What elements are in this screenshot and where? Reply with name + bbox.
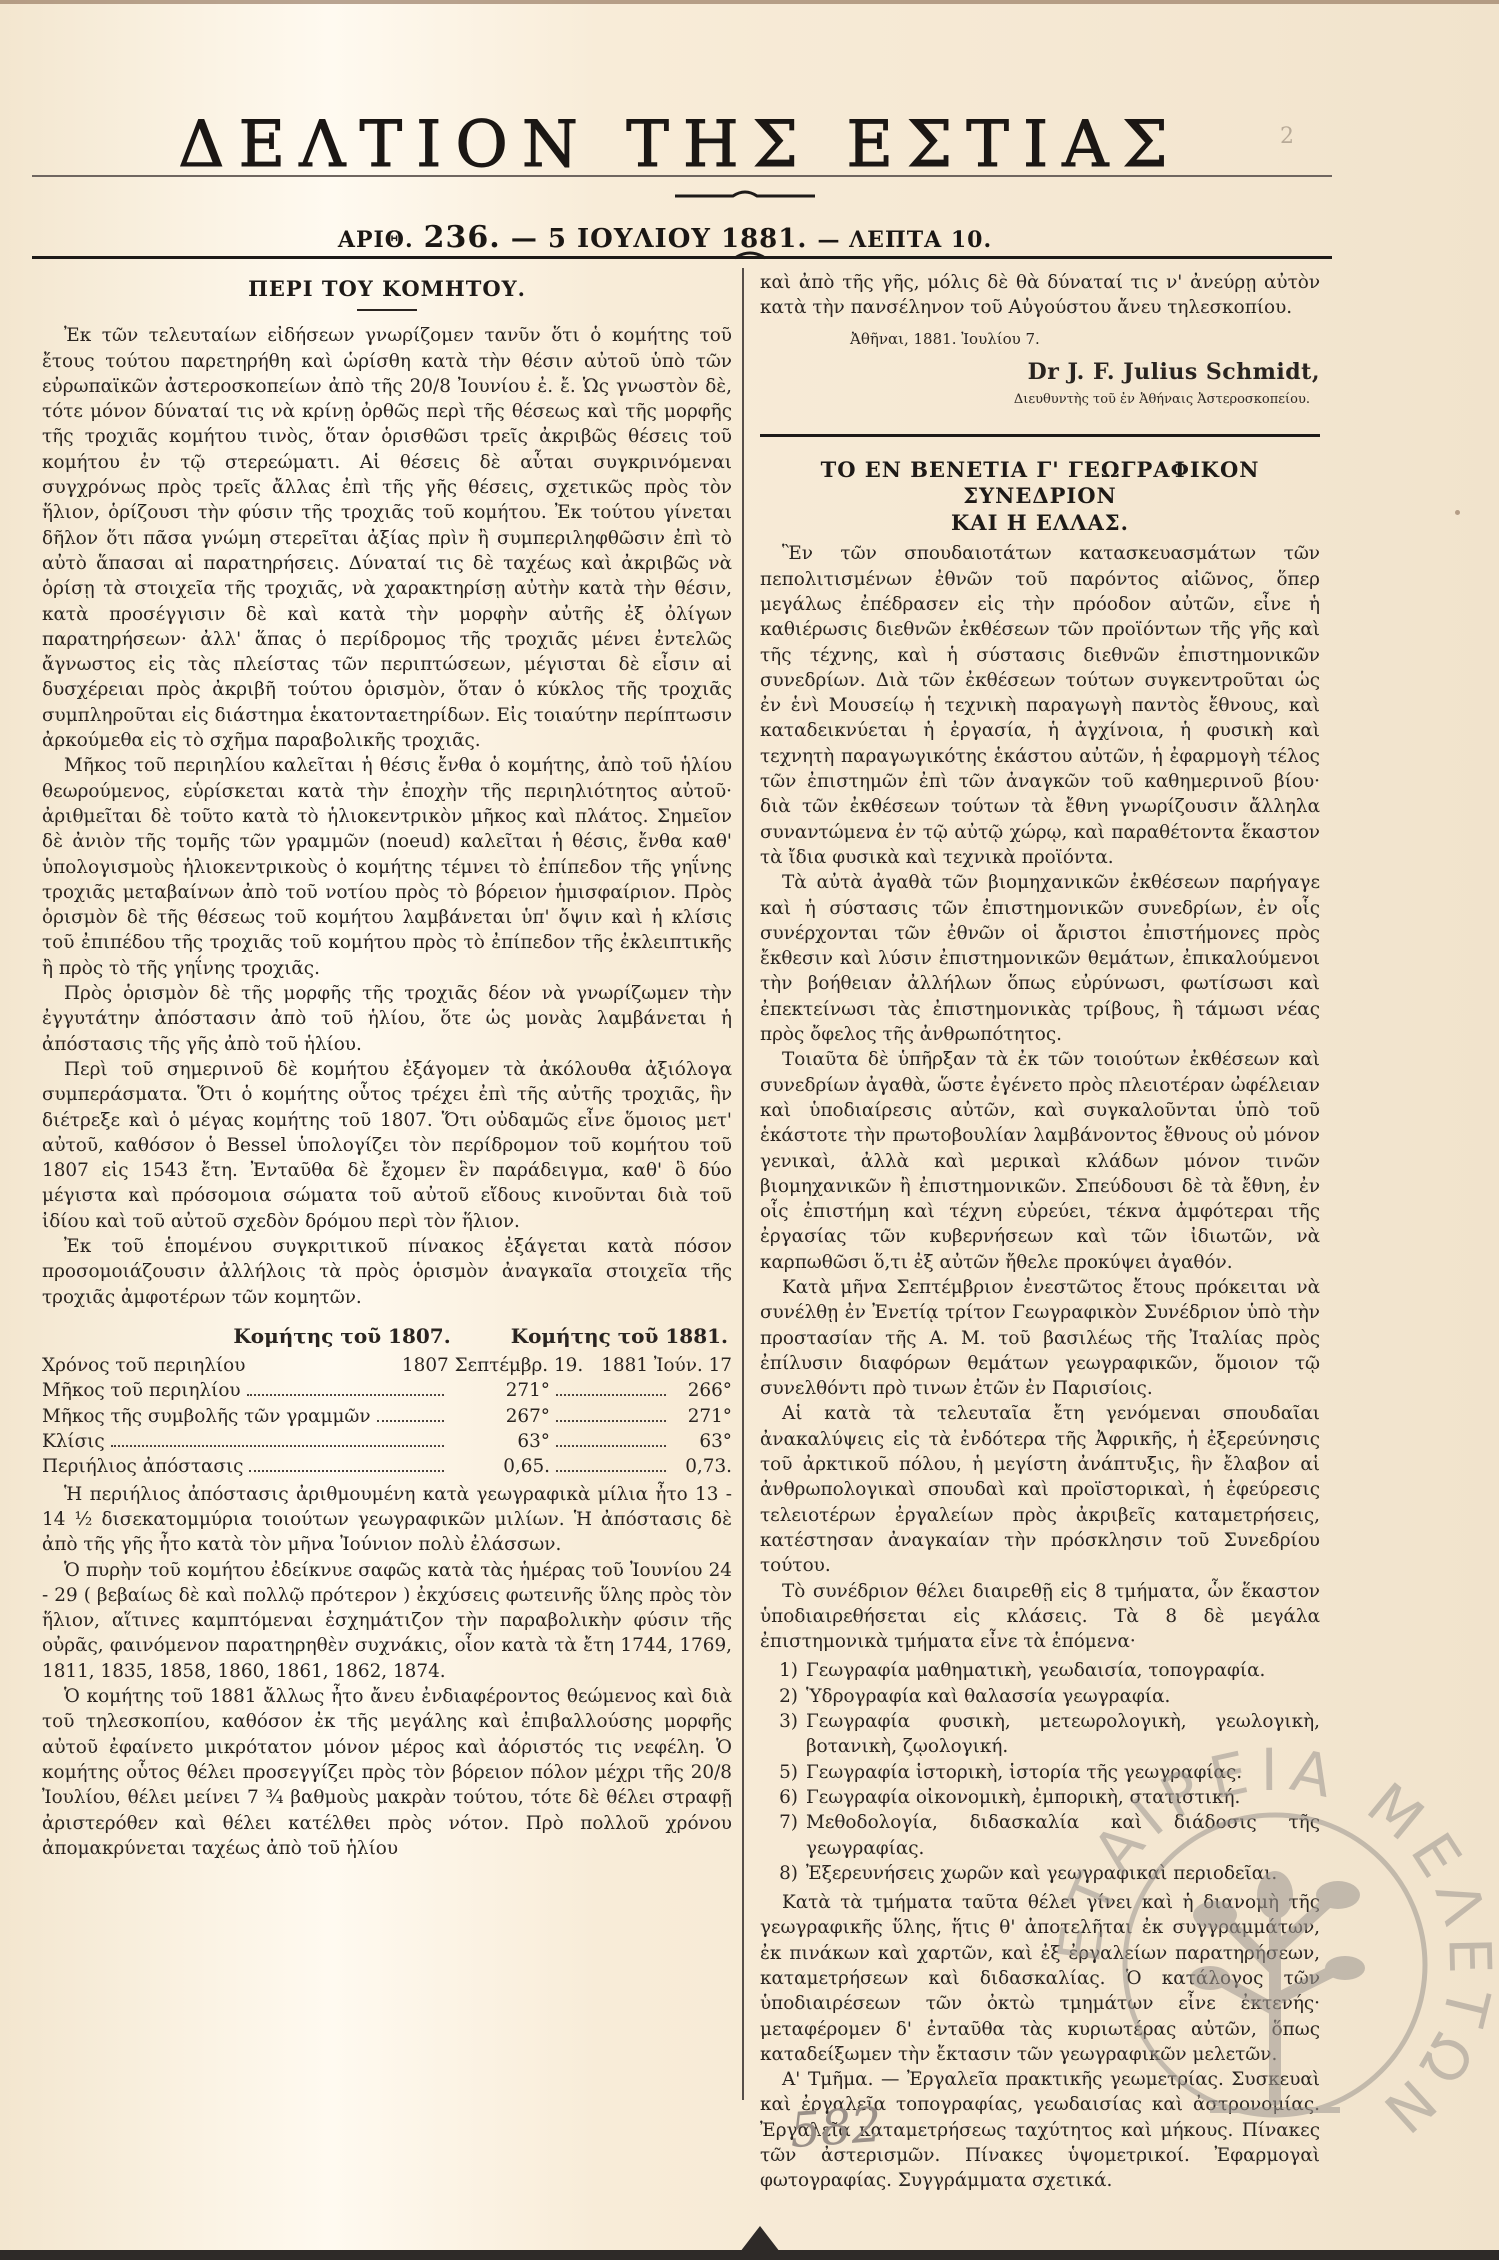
issue-price: — ΛΕΠΤΑ 10. [817, 227, 992, 253]
row-label: Μῆκος τῆς συμβολῆς τῶν γραμμῶν [42, 1404, 371, 1429]
table-row: Χρόνος τοῦ περιηλίου 1807 Σεπτέμβρ. 19. … [42, 1353, 732, 1378]
masthead-rule [32, 175, 1332, 177]
article-paragraph: Πρὸς ὁρισμὸν δὲ τῆς μορφῆς τῆς τροχιᾶς δ… [42, 981, 732, 1057]
binding-notch [740, 2226, 780, 2252]
article-dateline: Ἀθῆναι, 1881. Ἰουλίου 7. [850, 327, 1320, 352]
newspaper-title: ΔΕΛΤΙΟΝ ΤΗΣ ΕΣΤΙΑΣ [30, 110, 1330, 180]
masthead: ΔΕΛΤΙΟΝ ΤΗΣ ΕΣΤΙΑΣ [30, 110, 1330, 180]
article-headline-congress-line2: ΚΑΙ Η ΕΛΛΑΣ. [760, 510, 1320, 535]
header-bottom-rule [32, 256, 1332, 259]
article-paragraph: Ἡ περιήλιος ἀπόστασις ἀριθμουμένη κατὰ γ… [42, 1482, 732, 1558]
list-item: 7)Μεθοδολογία, διδασκαλία καὶ διάδοσις τ… [770, 1810, 1320, 1861]
article-separator [760, 434, 1320, 437]
row-value-1807: 1807 Σεπτέμβρ. 19. [402, 1353, 583, 1378]
article-continuation: καὶ ἀπὸ τῆς γῆς, μόλις δὲ θὰ δύναταί τις… [760, 270, 1320, 321]
list-item: 2)Ὑδρογραφία καὶ θαλασσία γεωγραφία. [770, 1684, 1320, 1709]
article-paragraph: Τοιαῦτα δὲ ὑπῆρξαν τὰ ἐκ τῶν τοιούτων ἐκ… [760, 1047, 1320, 1275]
article-paragraph: Τὰ αὐτὰ ἀγαθὰ τῶν βιομηχανικῶν ἐκθέσεων … [760, 870, 1320, 1047]
table-row: Μῆκος τῆς συμβολῆς τῶν γραμμῶν 267° 271° [42, 1404, 732, 1429]
list-item: 5)Γεωγραφία ἱστορικὴ, ἱστορία τῆς γεωγρα… [770, 1760, 1320, 1785]
row-value-1881: 271° [672, 1404, 732, 1429]
article-paragraph: Αἱ κατὰ τὰ τελευταῖα ἔτη γενόμεναι σπουδ… [760, 1401, 1320, 1578]
row-value-1881: 266° [672, 1378, 732, 1403]
row-label: Μῆκος τοῦ περιηλίου [42, 1378, 241, 1403]
table-row: Μῆκος τοῦ περιηλίου 271° 266° [42, 1378, 732, 1403]
row-label: Κλίσις [42, 1429, 105, 1454]
congress-sections-list: 1)Γεωγραφία μαθηματικὴ, γεωδαισία, τοπογ… [770, 1658, 1320, 1886]
table-header: Κομήτης τοῦ 1807. Κομήτης τοῦ 1881. [42, 1324, 732, 1349]
list-item: 6)Γεωγραφία οἰκονομικὴ, ἐμπορικὴ, στατισ… [770, 1785, 1320, 1810]
left-column: ΠΕΡΙ ΤΟΥ ΚΟΜΗΤΟΥ. Ἐκ τῶν τελευταίων εἰδή… [42, 270, 732, 1861]
table-column-1881: Κομήτης τοῦ 1881. [511, 1324, 728, 1349]
table-row: Περιήλιος ἀπόστασις 0,65. 0,73. [42, 1454, 732, 1479]
article-paragraph: Κατὰ μῆνα Σεπτέμβριον ἐνεστῶτος ἔτους πρ… [760, 1275, 1320, 1401]
row-value-1807: 63° [450, 1429, 550, 1454]
column-divider [742, 268, 744, 2100]
comparison-table: Κομήτης τοῦ 1807. Κομήτης τοῦ 1881. Χρόν… [42, 1324, 732, 1480]
issue-prefix: ΑΡΙΘ. [338, 227, 414, 253]
issue-line: ΑΡΙΘ. 236. — 5 ΙΟΥΛΙΟΥ 1881. — ΛΕΠΤΑ 10. [0, 220, 1330, 255]
rule-notch-icon [735, 248, 765, 260]
article-paragraph: Μῆκος τοῦ περιηλίου καλεῖται ἡ θέσις ἔνθ… [42, 753, 732, 981]
article-paragraph: Περὶ τοῦ σημερινοῦ δὲ κομήτου ἐξάγομεν τ… [42, 1057, 732, 1234]
list-item: 8)Ἐξερευνήσεις χωρῶν καὶ γεωγραφικαὶ περ… [770, 1861, 1320, 1886]
row-value-1881: 63° [672, 1429, 732, 1454]
handwritten-number: 582 [788, 2097, 883, 2159]
article-headline-congress-line1: ΤΟ ΕΝ ΒΕΝΕΤΙΑ Γ' ΓΕΩΓΡΑΦΙΚΟΝ ΣΥΝΕΔΡΙΟΝ [760, 457, 1320, 508]
ornament-swash-icon [675, 186, 815, 200]
row-value-1807: 271° [450, 1378, 550, 1403]
row-value-1881: 0,73. [672, 1454, 732, 1479]
issue-number: 236. [424, 220, 501, 255]
row-value-1881: 1881 Ἰούν. 17 [601, 1353, 732, 1378]
headline-rule [357, 309, 417, 311]
table-row: Κλίσις 63° 63° [42, 1429, 732, 1454]
page-top-edge [0, 0, 1499, 4]
article-paragraph: Ὁ κομήτης τοῦ 1881 ἄλλως ἦτο ἄνευ ἐνδιαφ… [42, 1684, 732, 1861]
author-signature: Dr J. F. Julius Schmidt, [760, 360, 1320, 385]
row-value-1807: 0,65. [450, 1454, 550, 1479]
table-column-1807: Κομήτης τοῦ 1807. [233, 1324, 450, 1349]
row-label: Χρόνος τοῦ περιηλίου [42, 1353, 245, 1378]
list-item: 3)Γεωγραφία φυσικὴ, μετεωρολογικὴ, γεωλο… [770, 1709, 1320, 1760]
row-value-1807: 267° [450, 1404, 550, 1429]
paper-speck [1455, 510, 1460, 515]
list-item: 1)Γεωγραφία μαθηματικὴ, γεωδαισία, τοπογ… [770, 1658, 1320, 1683]
article-paragraph: Ἓν τῶν σπουδαιοτάτων κατασκευασμάτων τῶν… [760, 541, 1320, 870]
article-paragraph: Κατὰ τὰ τμήματα ταῦτα θέλει γίνει καὶ ἡ … [760, 1890, 1320, 2067]
article-paragraph: Ἐκ τοῦ ἑπομένου συγκριτικοῦ πίνακος ἐξάγ… [42, 1234, 732, 1310]
author-title: Διευθυντὴς τοῦ ἐν Ἀθήναις Ἀστεροσκοπείου… [760, 387, 1320, 412]
article-paragraph: Ἐκ τῶν τελευταίων εἰδήσεων γνωρίζομεν τα… [42, 323, 732, 753]
right-column: καὶ ἀπὸ τῆς γῆς, μόλις δὲ θὰ δύναταί τις… [760, 270, 1320, 2194]
article-headline-comet: ΠΕΡΙ ΤΟΥ ΚΟΜΗΤΟΥ. [42, 276, 732, 301]
article-paragraph: Τὸ συνέδριον θέλει διαιρεθῇ εἰς 8 τμήματ… [760, 1579, 1320, 1655]
row-label: Περιήλιος ἀπόστασις [42, 1454, 243, 1479]
article-paragraph: Ὁ πυρὴν τοῦ κομήτου ἐδείκνυε σαφῶς κατὰ … [42, 1558, 732, 1684]
page-number: 2 [1280, 124, 1294, 149]
